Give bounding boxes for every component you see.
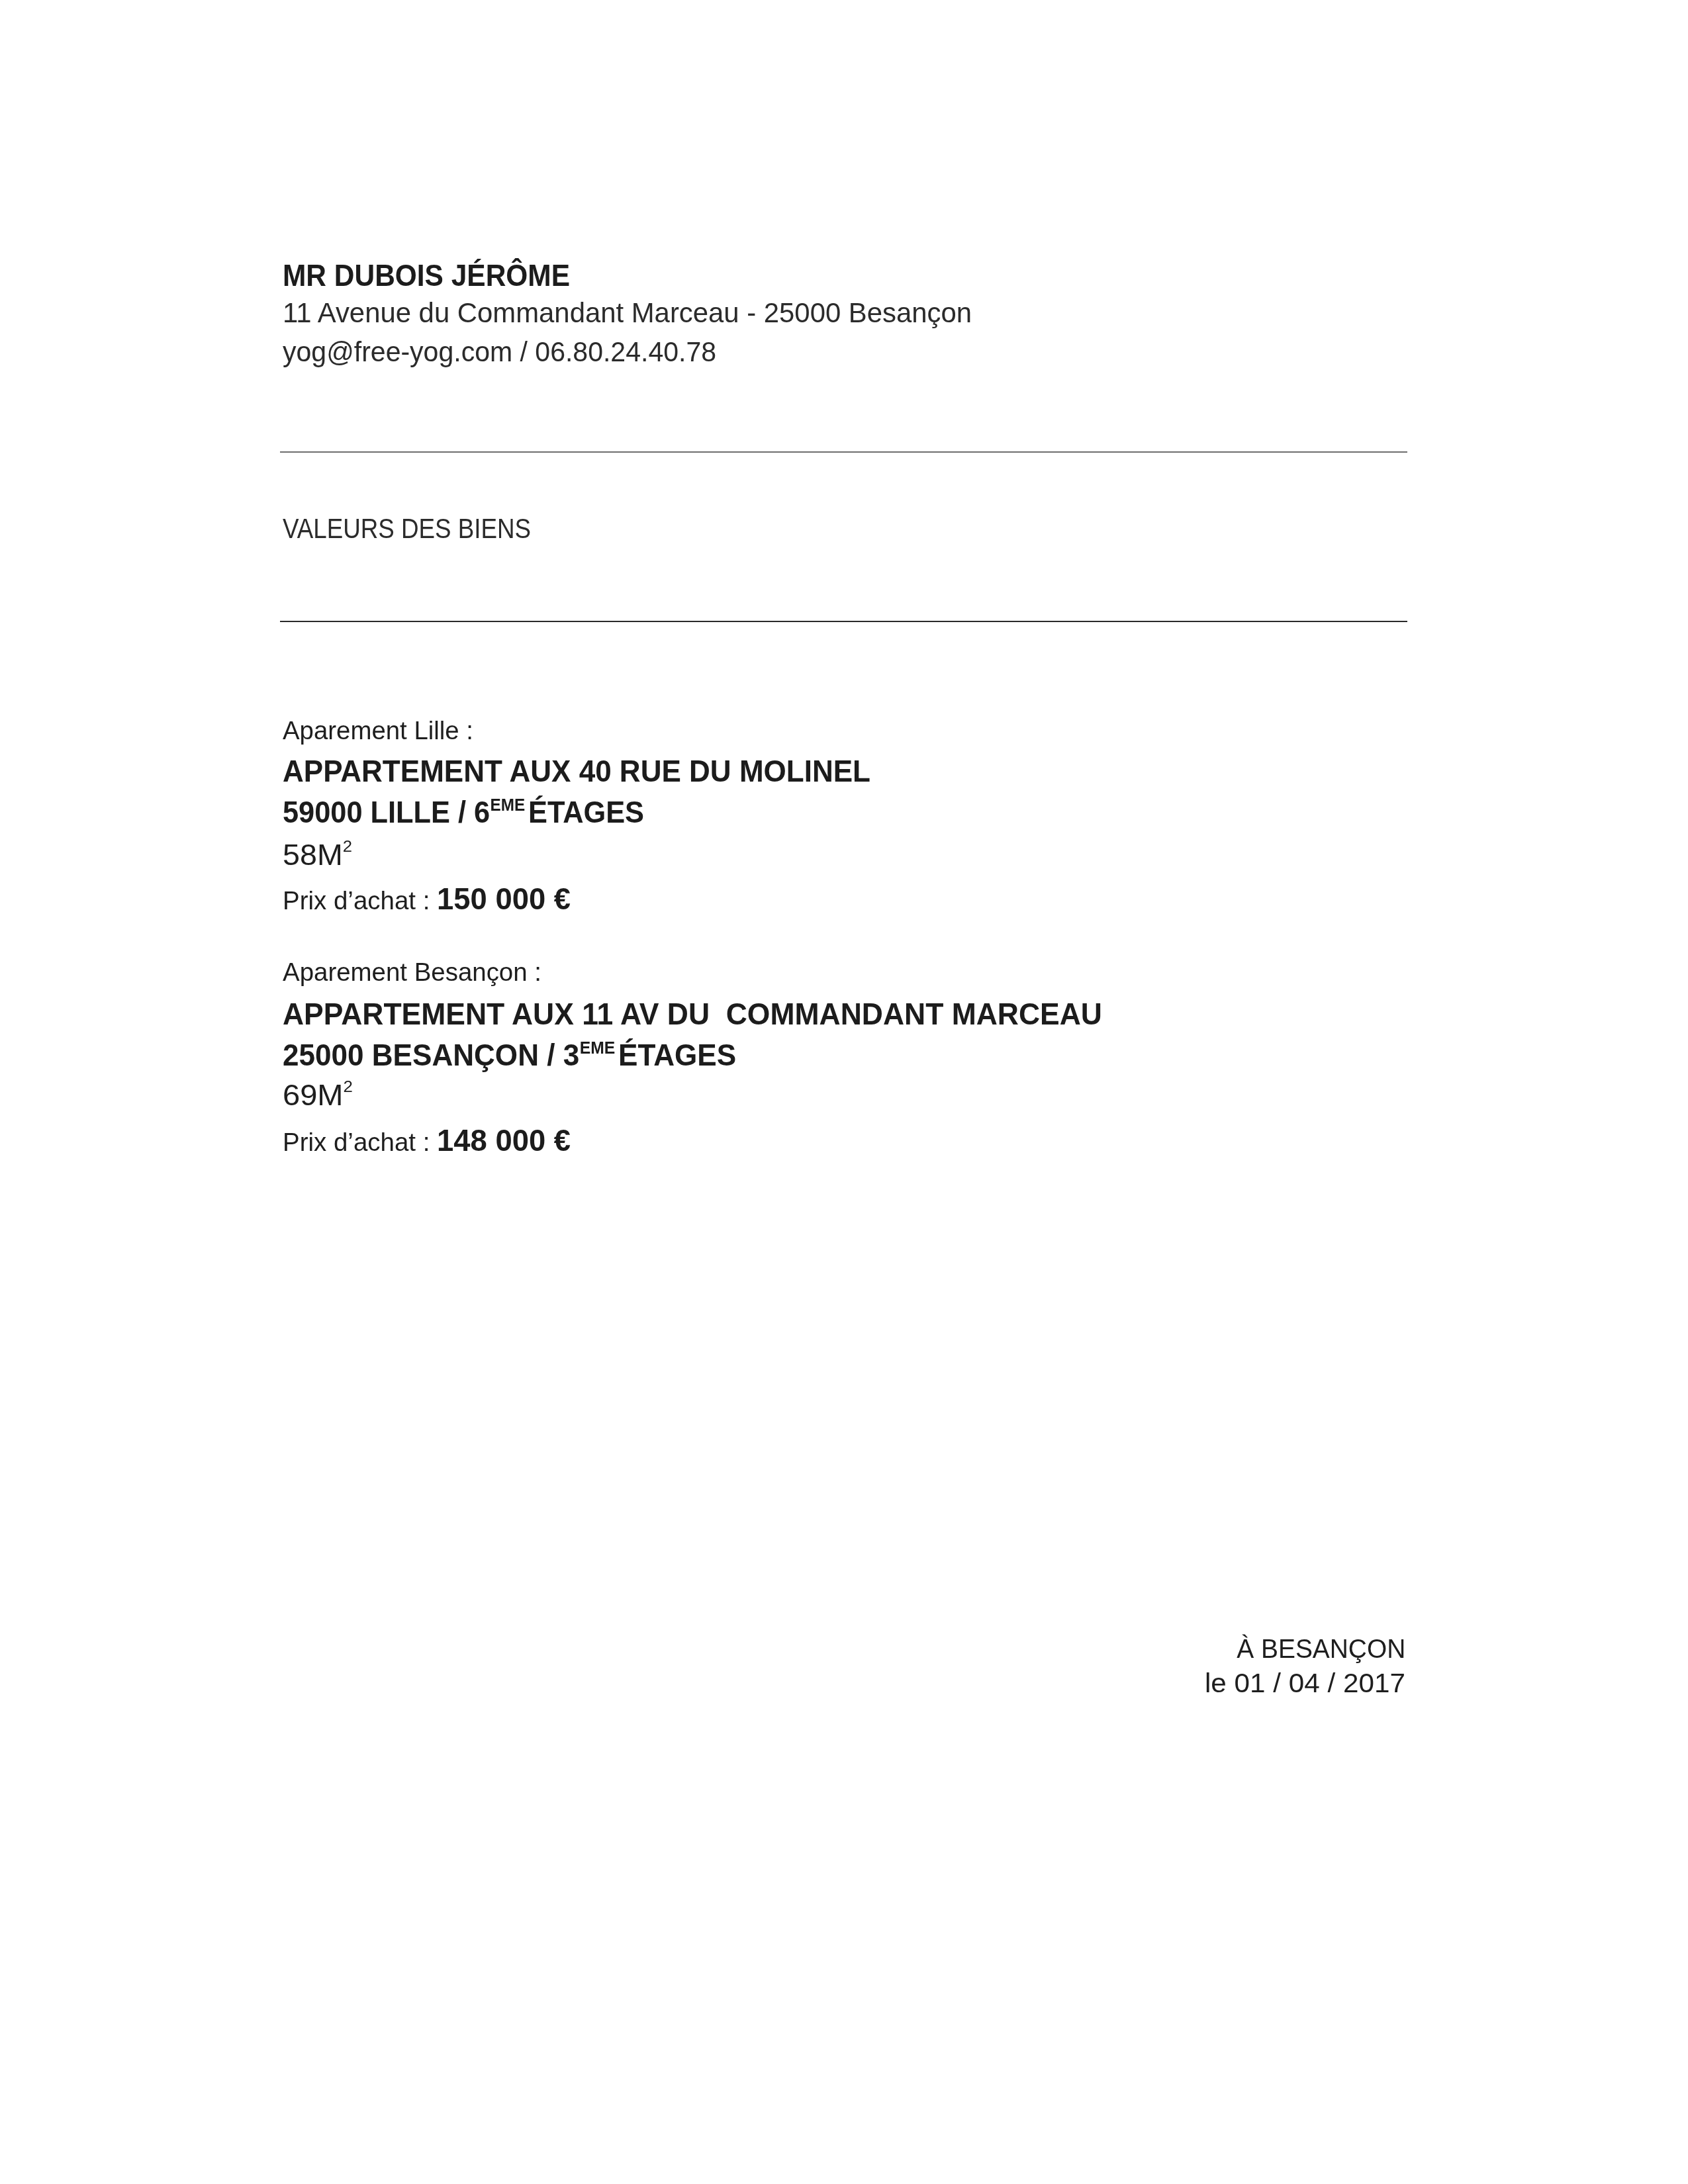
property-label: Aparement Lille : — [283, 719, 473, 744]
property-city-floor: 25000 BESANÇON / 3EMEÉTAGES — [283, 1040, 736, 1070]
document-page: MR DUBOIS JÉRÔME 11 Avenue du Commandant… — [0, 0, 1688, 2184]
area-unit-sup: 2 — [343, 838, 352, 856]
property-title: APPARTEMENT AUX 11 AV DU COMMANDANT MARC… — [283, 999, 1102, 1029]
divider-top — [280, 451, 1407, 453]
floor-suffix: EME — [580, 1039, 615, 1058]
property-city-floor: 59000 LILLE / 6EMEÉTAGES — [283, 797, 644, 827]
footer-place: À BESANÇON — [1237, 1636, 1405, 1662]
floor-word: ÉTAGES — [528, 795, 644, 829]
property-title: APPARTEMENT AUX 40 RUE DU MOLINEL — [283, 756, 870, 786]
section-heading: VALEURS DES BIENS — [283, 515, 531, 543]
area-value: 58M — [283, 838, 343, 872]
area-value: 69M — [283, 1078, 344, 1112]
footer-date: le 01 / 04 / 2017 — [1205, 1670, 1405, 1697]
price-value: 148 000 € — [437, 1123, 571, 1158]
floor-suffix: EME — [491, 796, 526, 815]
price-label: Prix d’achat : — [283, 887, 437, 915]
floor-word: ÉTAGES — [618, 1038, 736, 1072]
city-prefix: 59000 LILLE / 6 — [283, 795, 490, 829]
property-price: Prix d’achat : 148 000 € — [283, 1125, 571, 1156]
divider-bottom — [280, 621, 1407, 622]
property-area: 69M2 — [283, 1080, 353, 1110]
sender-contact: yog@free-yog.com / 06.80.24.40.78 — [283, 338, 716, 367]
area-unit-sup: 2 — [344, 1078, 353, 1096]
property-area: 58M2 — [283, 840, 352, 870]
property-price: Prix d’achat : 150 000 € — [283, 884, 571, 914]
sender-name: MR DUBOIS JÉRÔME — [283, 260, 570, 291]
price-label: Prix d’achat : — [283, 1128, 437, 1157]
price-value: 150 000 € — [437, 882, 571, 916]
city-prefix: 25000 BESANÇON / 3 — [283, 1038, 579, 1072]
sender-address: 11 Avenue du Commandant Marceau - 25000 … — [283, 299, 972, 328]
property-label: Aparement Besançon : — [283, 960, 541, 985]
